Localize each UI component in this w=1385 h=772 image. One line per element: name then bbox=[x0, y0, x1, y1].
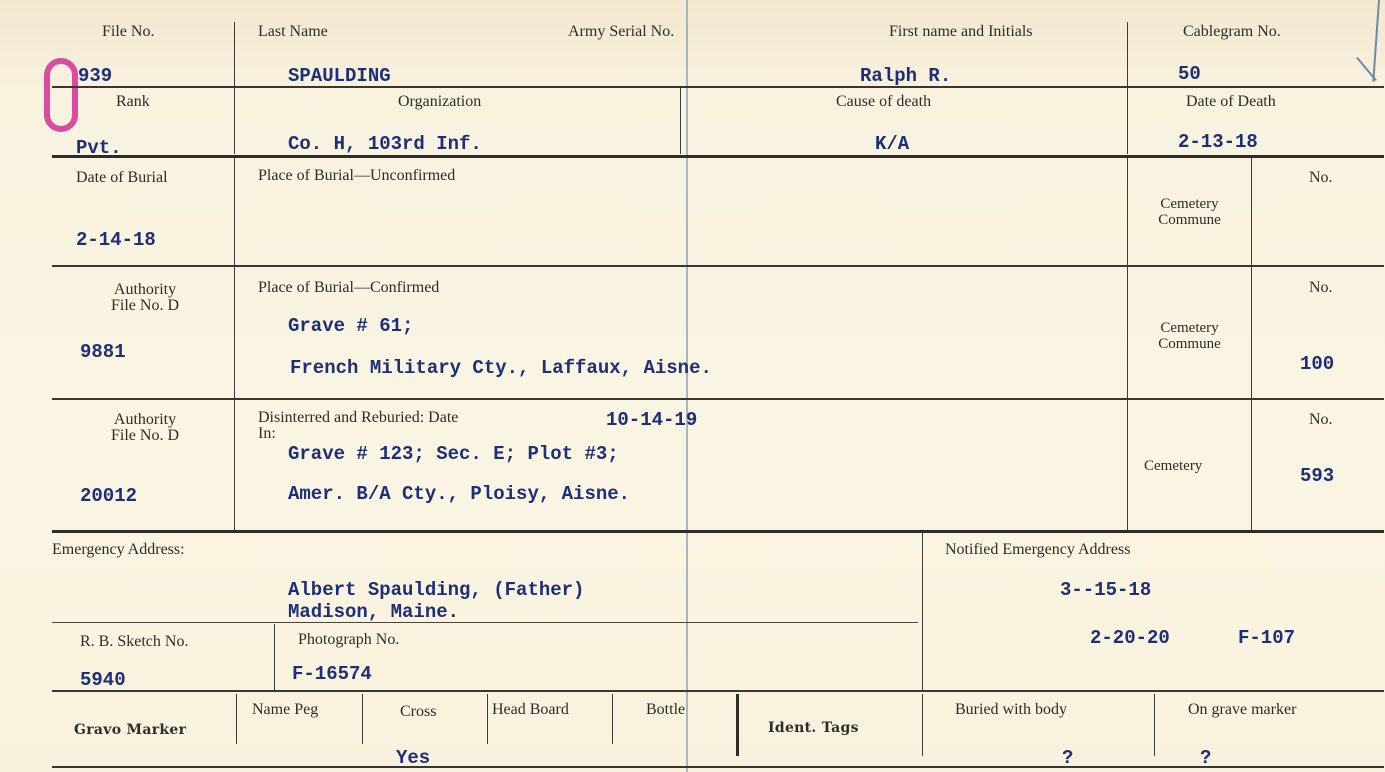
first-name-value: Ralph R. bbox=[860, 66, 951, 86]
divider bbox=[1127, 22, 1128, 154]
ident-tags-label: Ident. Tags bbox=[768, 720, 859, 736]
cross-label: Cross bbox=[400, 704, 436, 720]
last-name-value: SPAULDING bbox=[288, 66, 391, 86]
cemetery-commune-label: Cemetery Commune bbox=[1128, 320, 1251, 352]
divider bbox=[274, 624, 275, 690]
emergency-address-label: Emergency Address: bbox=[52, 542, 185, 558]
divider bbox=[612, 694, 613, 744]
reburial-grave: Grave # 123; Sec. E; Plot #3; bbox=[288, 444, 619, 464]
head-board-label: Head Board bbox=[492, 702, 569, 718]
divider bbox=[1251, 158, 1252, 530]
no-label: No. bbox=[1309, 170, 1333, 186]
divider bbox=[234, 22, 235, 154]
notified-date-2: 2-20-20 bbox=[1090, 628, 1170, 648]
reburial-authority-value: 20012 bbox=[80, 486, 137, 506]
file-no-label: File No. bbox=[102, 24, 154, 40]
reburial-no-value: 593 bbox=[1300, 466, 1334, 486]
last-name-label: Last Name bbox=[258, 24, 328, 40]
authority-file-label: Authority File No. D bbox=[60, 412, 230, 444]
on-grave-marker-value: ? bbox=[1200, 748, 1211, 768]
cause-of-death-label: Cause of death bbox=[836, 94, 931, 110]
first-name-label: First name and Initials bbox=[889, 24, 1033, 40]
cross-value: Yes bbox=[396, 748, 430, 768]
row-divider bbox=[52, 690, 1384, 692]
row-divider bbox=[52, 398, 1384, 400]
no-label: No. bbox=[1309, 412, 1333, 428]
reburial-cemetery: Amer. B/A Cty., Ploisy, Aisne. bbox=[288, 484, 630, 504]
row-divider bbox=[52, 530, 1384, 533]
rb-sketch-value: 5940 bbox=[80, 670, 126, 690]
confirmed-cemetery: French Military Cty., Laffaux, Aisne. bbox=[290, 358, 712, 378]
row-divider bbox=[52, 622, 918, 623]
divider bbox=[487, 694, 488, 744]
notified-date: 3--15-18 bbox=[1060, 580, 1151, 600]
cause-of-death-value: K/A bbox=[875, 134, 909, 154]
no-label: No. bbox=[1309, 280, 1333, 296]
organization-label: Organization bbox=[398, 94, 481, 110]
confirmed-grave: Grave # 61; bbox=[288, 316, 413, 336]
row-divider bbox=[52, 766, 1384, 768]
divider bbox=[234, 158, 235, 530]
organization-value: Co. H, 103rd Inf. bbox=[288, 134, 482, 154]
name-peg-label: Name Peg bbox=[252, 702, 318, 718]
army-serial-no-label: Army Serial No. bbox=[568, 24, 674, 40]
rank-label: Rank bbox=[116, 94, 150, 110]
cablegram-no-value: 50 bbox=[1178, 64, 1201, 84]
burial-record-card: File No. Last Name Army Serial No. First… bbox=[0, 0, 1385, 772]
place-confirmed-label: Place of Burial—Confirmed bbox=[258, 280, 439, 296]
rb-sketch-label: R. B. Sketch No. bbox=[80, 634, 188, 650]
divider bbox=[362, 694, 363, 744]
row-divider bbox=[52, 155, 1384, 158]
cablegram-no-label: Cablegram No. bbox=[1183, 24, 1281, 40]
on-grave-marker-label: On grave marker bbox=[1188, 702, 1296, 718]
file-no-value: 939 bbox=[78, 66, 112, 86]
bottle-label: Bottle bbox=[646, 702, 685, 718]
divider bbox=[236, 694, 237, 744]
place-unconfirmed-label: Place of Burial—Unconfirmed bbox=[258, 168, 455, 184]
authority-file-label: Authority File No. D bbox=[60, 282, 230, 314]
date-of-death-value: 2-13-18 bbox=[1178, 132, 1258, 152]
notified-emergency-label: Notified Emergency Address bbox=[945, 542, 1130, 558]
check-mark-icon bbox=[1372, 0, 1380, 82]
disinterred-label: Disinterred and Reburied: Date bbox=[258, 410, 458, 426]
cemetery-label: Cemetery bbox=[1144, 458, 1202, 474]
authority-file-value: 9881 bbox=[80, 342, 126, 362]
pencil-vertical-line bbox=[686, 0, 688, 772]
in-label: In: bbox=[258, 426, 276, 442]
confirmed-no-value: 100 bbox=[1300, 354, 1334, 374]
buried-with-body-value: ? bbox=[1062, 748, 1073, 768]
date-of-death-label: Date of Death bbox=[1186, 94, 1276, 110]
divider bbox=[736, 694, 739, 756]
buried-with-body-label: Buried with body bbox=[955, 702, 1067, 718]
emergency-line1: Albert Spaulding, (Father) bbox=[288, 580, 584, 600]
emergency-line2: Madison, Maine. bbox=[288, 602, 459, 622]
stamp-zero-mark bbox=[44, 58, 78, 132]
grave-marker-label: Gravo Marker bbox=[74, 722, 186, 738]
divider bbox=[922, 532, 923, 690]
date-of-burial-label: Date of Burial bbox=[76, 170, 168, 186]
notified-ref: F-107 bbox=[1238, 628, 1295, 648]
divider bbox=[922, 694, 923, 756]
date-of-burial-value: 2-14-18 bbox=[76, 230, 156, 250]
photograph-label: Photograph No. bbox=[298, 632, 399, 648]
photograph-value: F-16574 bbox=[292, 664, 372, 684]
reburial-date-value: 10-14-19 bbox=[606, 410, 697, 430]
row-divider bbox=[52, 86, 1384, 88]
divider bbox=[1154, 694, 1155, 756]
divider bbox=[680, 88, 681, 154]
cemetery-commune-label: Cemetery Commune bbox=[1128, 196, 1251, 228]
row-divider bbox=[52, 265, 1384, 267]
